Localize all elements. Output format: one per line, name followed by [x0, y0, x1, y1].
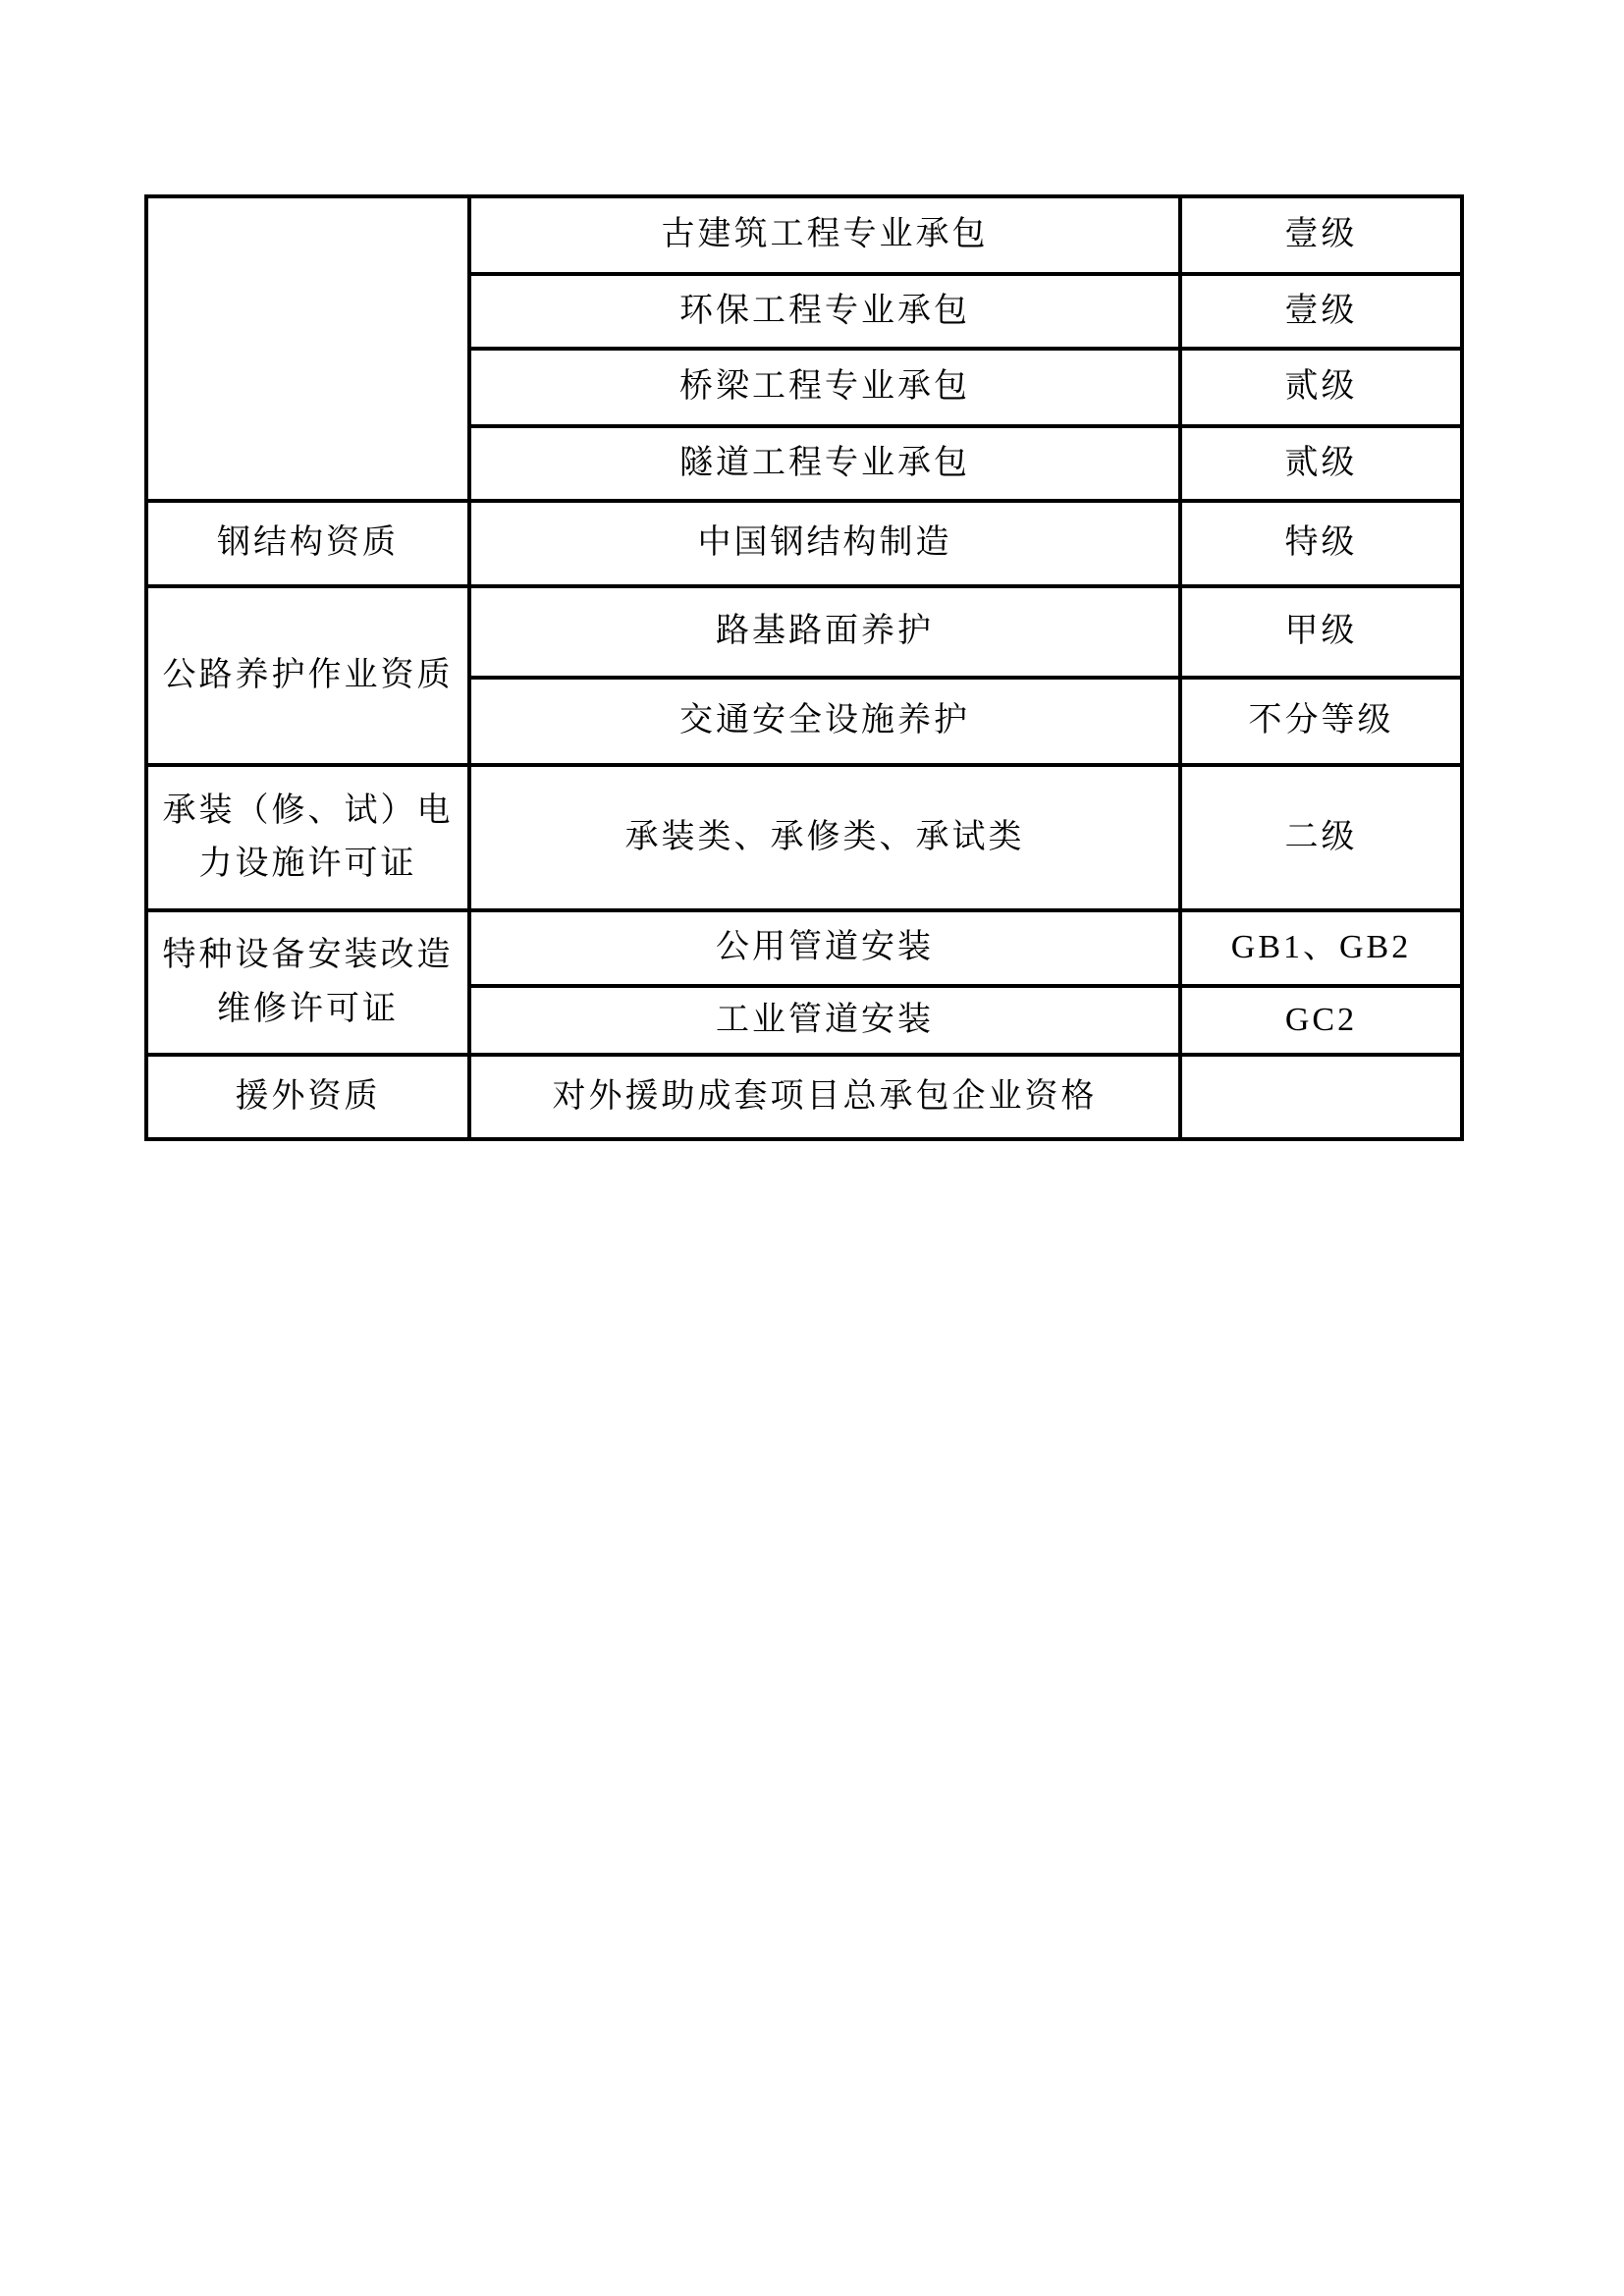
- qualification-cell: 路基路面养护: [469, 586, 1180, 678]
- qualification-cell: 环保工程专业承包: [469, 274, 1180, 349]
- grade-cell: [1180, 1055, 1462, 1139]
- grade-cell: 壹级: [1180, 196, 1462, 274]
- table-row: 古建筑工程专业承包 壹级: [146, 196, 1462, 274]
- grade-cell: 不分等级: [1180, 678, 1462, 765]
- qualification-cell: 中国钢结构制造: [469, 501, 1180, 586]
- table-row: 承装（修、试）电 力设施许可证 承装类、承修类、承试类 二级: [146, 765, 1462, 910]
- table-row: 特种设备安装改造 维修许可证 公用管道安装 GB1、GB2: [146, 910, 1462, 986]
- grade-cell: 壹级: [1180, 274, 1462, 349]
- grade-cell: 贰级: [1180, 349, 1462, 426]
- qualification-cell: 隧道工程专业承包: [469, 426, 1180, 501]
- qualification-cell: 承装类、承修类、承试类: [469, 765, 1180, 910]
- table-row: 钢结构资质 中国钢结构制造 特级: [146, 501, 1462, 586]
- qualification-cell: 工业管道安装: [469, 986, 1180, 1055]
- category-cell: 公路养护作业资质: [146, 586, 469, 765]
- qualification-cell: 公用管道安装: [469, 910, 1180, 986]
- category-cell: [146, 196, 469, 501]
- grade-cell: GC2: [1180, 986, 1462, 1055]
- category-cell: 援外资质: [146, 1055, 469, 1139]
- qualification-table: 古建筑工程专业承包 壹级 环保工程专业承包 壹级 桥梁工程专业承包 贰级 隧道工…: [144, 194, 1464, 1141]
- category-cell: 特种设备安装改造 维修许可证: [146, 910, 469, 1055]
- grade-cell: GB1、GB2: [1180, 910, 1462, 986]
- document-page: 古建筑工程专业承包 壹级 环保工程专业承包 壹级 桥梁工程专业承包 贰级 隧道工…: [0, 0, 1624, 2296]
- category-cell: 承装（修、试）电 力设施许可证: [146, 765, 469, 910]
- table-row: 公路养护作业资质 路基路面养护 甲级: [146, 586, 1462, 678]
- grade-cell: 特级: [1180, 501, 1462, 586]
- grade-cell: 甲级: [1180, 586, 1462, 678]
- qualification-cell: 对外援助成套项目总承包企业资格: [469, 1055, 1180, 1139]
- grade-cell: 贰级: [1180, 426, 1462, 501]
- table-row: 援外资质 对外援助成套项目总承包企业资格: [146, 1055, 1462, 1139]
- category-cell: 钢结构资质: [146, 501, 469, 586]
- qualification-cell: 交通安全设施养护: [469, 678, 1180, 765]
- qualification-cell: 桥梁工程专业承包: [469, 349, 1180, 426]
- grade-cell: 二级: [1180, 765, 1462, 910]
- qualification-cell: 古建筑工程专业承包: [469, 196, 1180, 274]
